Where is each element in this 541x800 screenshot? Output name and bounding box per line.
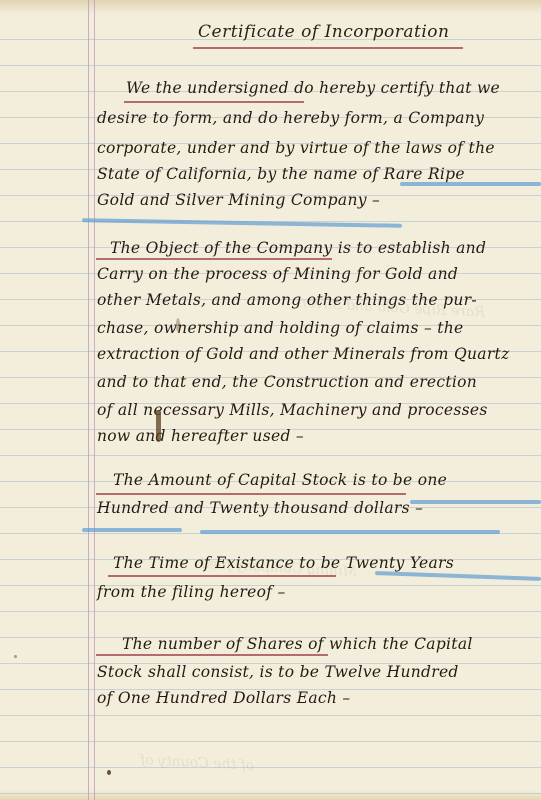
ink-stain [176,318,180,332]
paragraph-2-line-2: Carry on the process of Mining for Gold … [97,264,458,284]
blue-crayon-mark [410,500,541,504]
paragraph-4-underline [108,575,336,577]
paper-stain-top [0,0,541,14]
document-page: Rare Ripe Gold and Silver Mining Company… [0,0,541,800]
paragraph-2-line-5: extraction of Gold and other Minerals fr… [97,344,510,364]
paragraph-2-line-1: The Object of the Company is to establis… [110,238,486,258]
paragraph-2-line-4: chase, ownership and holding of claims –… [97,318,464,338]
paragraph-1-line-5: Gold and Silver Mining Company – [97,190,380,210]
blue-crayon-mark [400,182,541,186]
margin-rule [88,0,95,800]
paragraph-1-line-1: We the undersigned do hereby certify tha… [126,78,500,98]
paragraph-5-line-3: of One Hundred Dollars Each – [97,688,350,708]
title-underline [193,47,463,49]
blue-crayon-mark [82,218,402,228]
paragraph-5-underline [96,654,328,656]
paragraph-2-line-3: other Metals, and among other things the… [97,290,477,310]
paragraph-2-underline [96,258,332,260]
document-title: Certificate of Incorporation [198,22,449,42]
blue-crayon-mark [375,571,541,581]
ink-stain [156,410,161,442]
paper-stain-bottom [0,790,541,800]
paragraph-3-line-2: Hundred and Twenty thousand dollars – [97,498,423,518]
paragraph-1-line-4: State of California, by the name of Rare… [97,164,465,184]
paragraph-3-line-1: The Amount of Capital Stock is to be one [113,470,447,490]
paragraph-2-line-6: and to that end, the Construction and er… [97,372,477,392]
paragraph-4-line-1: The Time of Existance to be Twenty Years [113,553,454,573]
paragraph-1-underline [124,101,304,103]
paragraph-3-underline [96,493,406,495]
paragraph-1-line-2: desire to form, and do hereby form, a Co… [97,108,484,128]
paragraph-1-line-3: corporate, under and by virtue of the la… [97,138,495,158]
paragraph-5-line-2: Stock shall consist, is to be Twelve Hun… [97,662,459,682]
ink-dot [14,655,17,658]
blue-crayon-mark [82,528,182,532]
paragraph-4-line-2: from the filing hereof – [97,582,286,602]
paragraph-5-line-1: The number of Shares of which the Capita… [122,634,473,654]
paragraph-2-line-8: now and hereafter used – [97,426,304,446]
ink-dot [107,770,111,775]
blue-crayon-mark [200,530,500,534]
bleed-through-text: of the County of [140,752,255,774]
